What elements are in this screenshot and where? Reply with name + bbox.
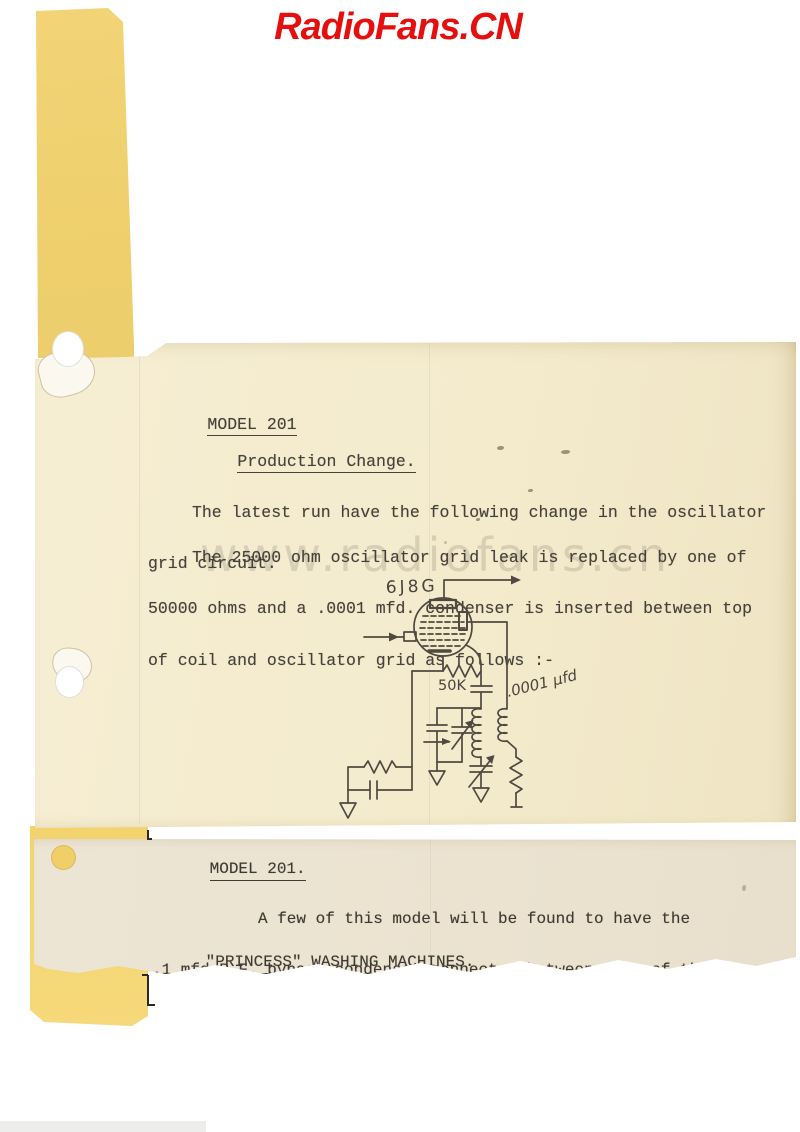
ink-speck	[561, 450, 570, 454]
arrow-icon	[486, 755, 495, 764]
crop-mark-top-serif	[147, 838, 152, 840]
scanned-service-bulletin: RadioFans.CN www.radiofans.cn MODEL 201 …	[0, 0, 800, 1132]
resistor-vertical	[510, 757, 522, 793]
arrow-right-icon	[389, 633, 399, 642]
resistor-label: 50K	[438, 678, 466, 694]
punch-hole	[55, 666, 84, 698]
plate-cap-wire	[444, 580, 512, 598]
yellow-paper-strip-top	[35, 8, 134, 358]
ground-icon	[429, 771, 445, 785]
scanner-artifact-bar	[0, 1121, 206, 1132]
paragraph-line: power transformer and chassis instead of…	[152, 1014, 786, 1031]
coil-a	[472, 709, 481, 757]
resistor-50k	[443, 665, 481, 677]
tube-label: 6J8G	[385, 576, 437, 598]
coil-b	[498, 709, 507, 741]
crop-mark-serif	[142, 974, 148, 976]
ground-icon	[340, 803, 356, 818]
addendum-strip: MODEL 201. A few of this model will be f…	[34, 838, 796, 975]
paragraph-line: The 25000 ohm oscillator grid leak is re…	[148, 549, 752, 566]
punch-hole	[52, 331, 84, 367]
arrow-right-icon	[511, 576, 521, 585]
washing-machines-heading: "PRINCESS" WASHING MACHINES.	[148, 937, 474, 991]
resistor-left	[364, 761, 396, 773]
ground-icon	[473, 788, 489, 802]
ink-speck	[497, 446, 504, 450]
capacitor-left	[370, 781, 377, 799]
punch-hole-yellow-dot	[51, 845, 76, 870]
capacitor-label: .0001 μfd	[505, 666, 580, 701]
arrow-icon	[442, 738, 451, 745]
paragraph-line: A few of this model will be found to hav…	[152, 911, 786, 928]
crop-mark-serif	[147, 1004, 155, 1006]
bulletin-page: www.radiofans.cn MODEL 201 Production Ch…	[35, 342, 796, 828]
crop-mark-bottom	[147, 975, 149, 1006]
tube-top-cap	[430, 600, 456, 608]
tube-envelope	[414, 598, 472, 656]
oscillator-schematic: 6J8G 50K .0001 μfd	[330, 570, 585, 825]
paper-crease	[139, 348, 141, 824]
capacitor-0001	[471, 686, 492, 708]
